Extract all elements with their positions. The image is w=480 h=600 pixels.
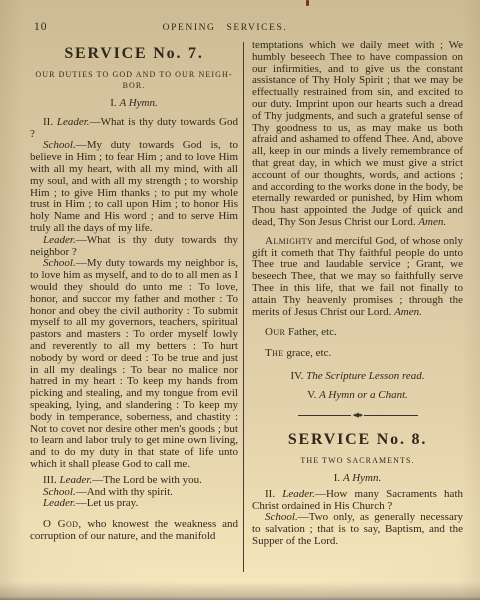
item-hymn-or-chant: V. A Hymn or a Chant. xyxy=(252,390,463,402)
ornament-rule-right xyxy=(364,415,417,416)
prayer-text: and merciful God, of whose only gift it … xyxy=(252,235,463,318)
versicle-lead: The xyxy=(265,347,284,359)
versicle-the-grace: The grace, etc. xyxy=(252,348,463,360)
versicle-text: —And with thy spirit. xyxy=(76,486,173,498)
service7-subtitle: OUR DUTIES TO GOD AND TO OUR NEIGH- BOR. xyxy=(30,70,238,91)
right-column: temptations which we daily meet with ; W… xyxy=(252,40,463,548)
paragraph-school-answer-s8: School.—Two only, as generally necessary… xyxy=(252,512,463,547)
service7-hymn-heading: I. A Hymn. xyxy=(30,98,238,110)
item-label: A Hymn or a Chant. xyxy=(319,389,408,401)
item-scripture-lesson: IV. The Scripture Lesson read. xyxy=(252,371,463,383)
service7-subtitle-line1: OUR DUTIES TO GOD AND TO OUR NEIGH- xyxy=(35,70,232,79)
speaker-label: School. xyxy=(43,486,76,498)
speaker-label: Leader. xyxy=(43,497,76,509)
amen-label: Amen. xyxy=(418,216,446,228)
versicle-text: —Let us pray. xyxy=(76,497,139,509)
service8-hymn-heading: I. A Hymn. xyxy=(252,473,463,485)
paragraph-leader-question-2: Leader.—What is thy duty towards thy nei… xyxy=(30,235,238,259)
versicle-text: Father, etc. xyxy=(285,326,336,338)
versicle-lead: Our xyxy=(265,326,285,338)
running-head: OPENING SERVICES. xyxy=(0,23,450,33)
speaker-label: Leader. xyxy=(282,488,315,500)
hymn-label: A Hymn. xyxy=(119,97,157,109)
versicle-our-father: Our Father, etc. xyxy=(252,327,463,339)
speaker-label: Leader. xyxy=(43,234,76,246)
hymn-label: A Hymn. xyxy=(343,472,381,484)
item-numeral: II. xyxy=(43,116,57,128)
service7-title: SERVICE No. 7. xyxy=(30,44,238,63)
item-numeral: II. xyxy=(265,488,282,500)
paragraph-school-answer-1: School.—My duty towards God is, to belie… xyxy=(30,140,238,234)
ornament-diamond-icon: ◂◆▸ xyxy=(351,412,364,419)
service8-title: SERVICE No. 8. xyxy=(252,430,463,449)
amen-label: Amen. xyxy=(394,306,422,318)
paragraph-leader-question-1: II. Leader.—What is thy duty towards God… xyxy=(30,117,238,141)
answer-text: —My duty towards my neighbor is, to love… xyxy=(30,257,238,470)
prayer-lead: Almighty xyxy=(265,235,313,247)
ornament-rule-left xyxy=(298,415,351,416)
hymn-numeral: I. xyxy=(334,472,343,484)
versicle-let-us-pray: Leader.—Let us pray. xyxy=(30,498,238,510)
versicle-text: grace, etc. xyxy=(284,347,332,359)
service8-subtitle: THE TWO SACRAMENTS. xyxy=(252,456,463,467)
speaker-label: School. xyxy=(265,511,298,523)
column-divider-rule xyxy=(243,42,244,572)
speaker-label: Leader. xyxy=(60,474,93,486)
item-label: The Scripture Lesson read. xyxy=(306,370,424,382)
prayer-o-god-continuation: temptations which we daily meet with ; W… xyxy=(252,40,463,229)
item-numeral: V. xyxy=(307,389,319,401)
ink-speck xyxy=(306,0,309,6)
speaker-label: Leader. xyxy=(57,116,90,128)
book-page: 10 OPENING SERVICES. SERVICE No. 7. OUR … xyxy=(0,0,480,600)
item-numeral: IV. xyxy=(290,370,306,382)
paragraph-school-answer-2: School.—My duty towards my neighbor is, … xyxy=(30,258,238,470)
section-ornament: ◂◆▸ xyxy=(298,412,418,419)
speaker-label: School. xyxy=(43,257,76,269)
item-numeral: III. xyxy=(43,474,60,486)
speaker-label: School. xyxy=(43,139,76,151)
left-column: SERVICE No. 7. OUR DUTIES TO GOD AND TO … xyxy=(30,44,238,543)
prayer-o-god-opening: O God, who knowest the weakness and corr… xyxy=(30,519,238,543)
prayer-almighty: Almighty and merciful God, of whose only… xyxy=(252,236,463,319)
answer-text: —My duty towards God is, to believe in H… xyxy=(30,139,238,234)
service7-subtitle-line2: BOR. xyxy=(123,81,146,90)
prayer-lead: O God, xyxy=(43,518,81,530)
prayer-text: temptations which we daily meet with ; W… xyxy=(252,39,463,228)
versicle-text: —The Lord be with you. xyxy=(92,474,202,486)
paragraph-leader-question-s8: II. Leader.—How many Sacraments hath Chr… xyxy=(252,489,463,513)
